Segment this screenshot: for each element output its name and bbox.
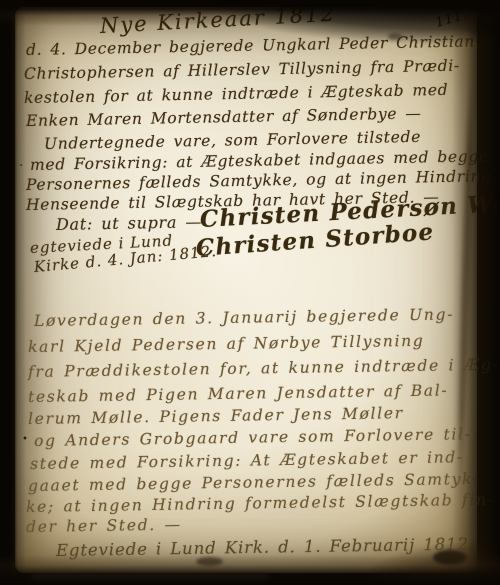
margin-dot: • [22, 434, 28, 445]
dateline: Dat: ut supra — [56, 212, 202, 234]
ink-smudge [433, 550, 467, 565]
bottom-edge-strip [32, 573, 267, 582]
margin-dot: · [19, 158, 23, 174]
binding-edge-line [12, 5, 15, 577]
ink-smudge [196, 557, 223, 566]
ink-smudge [388, 33, 402, 40]
manuscript-photo: Nye Kirkeaar 1812 111. d. 4. December be… [0, 0, 500, 585]
manuscript-line: der her Sted. — [26, 516, 182, 536]
